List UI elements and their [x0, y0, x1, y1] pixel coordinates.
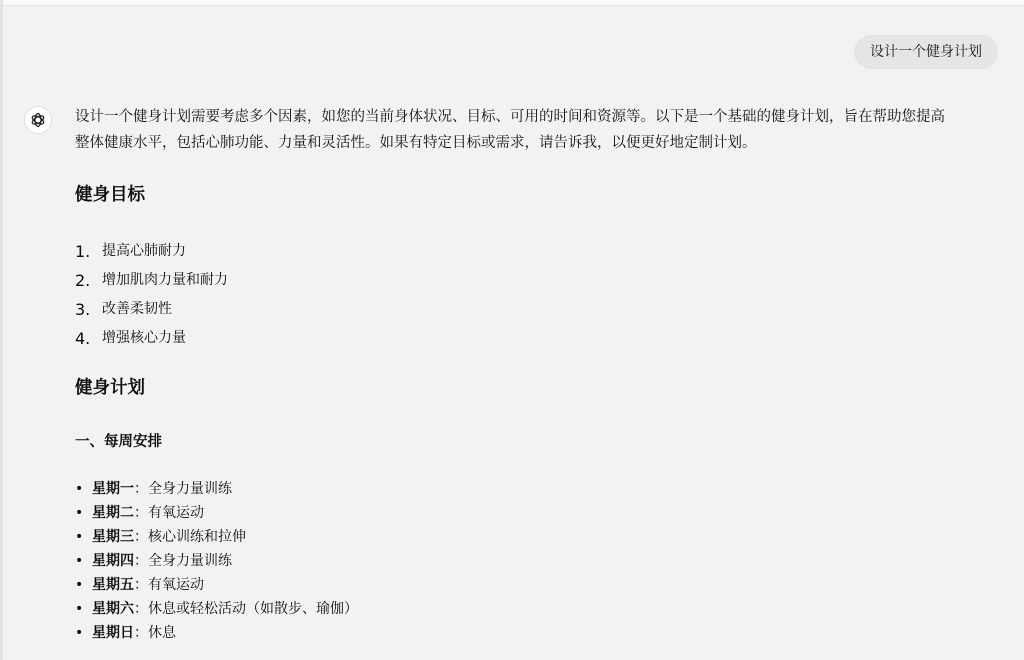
list-item: •星期四：全身力量训练 [75, 549, 358, 573]
activity: 休息 [148, 621, 176, 645]
list-item: •星期日：休息 [75, 621, 358, 645]
assistant-avatar [24, 106, 52, 134]
separator: ： [134, 573, 148, 597]
separator: ： [134, 597, 148, 621]
day-label: 星期二 [92, 501, 134, 525]
activity: 核心训练和拉伸 [148, 525, 246, 549]
window-left-edge [0, 0, 3, 660]
list-item: •星期二：有氧运动 [75, 501, 358, 525]
day-label: 星期三 [92, 525, 134, 549]
bullet: • [75, 549, 92, 573]
separator: ： [134, 621, 148, 645]
item-text: 提高心肺耐力 [102, 237, 186, 266]
bullet: • [75, 597, 92, 621]
goals-list: 1.提高心肺耐力 2.增加肌肉力量和耐力 3.改善柔韧性 4.增强核心力量 [75, 237, 228, 353]
goals-heading: 健身目标 [75, 181, 145, 206]
activity: 全身力量训练 [148, 549, 232, 573]
separator: ： [134, 501, 148, 525]
day-label: 星期一 [92, 477, 134, 501]
bullet: • [75, 501, 92, 525]
day-label: 星期六 [92, 597, 134, 621]
openai-logo-icon [29, 111, 47, 129]
list-item: 4.增强核心力量 [75, 324, 228, 353]
activity: 休息或轻松活动（如散步、瑜伽） [148, 597, 358, 621]
list-item: •星期三：核心训练和拉伸 [75, 525, 358, 549]
item-text: 增加肌肉力量和耐力 [102, 266, 228, 295]
bullet: • [75, 621, 92, 645]
activity: 有氧运动 [148, 501, 204, 525]
list-item: •星期五：有氧运动 [75, 573, 358, 597]
item-number: 4. [75, 324, 102, 353]
weekly-schedule-list: •星期一：全身力量训练 •星期二：有氧运动 •星期三：核心训练和拉伸 •星期四：… [75, 477, 358, 645]
separator: ： [134, 525, 148, 549]
day-label: 星期日 [92, 621, 134, 645]
item-text: 改善柔韧性 [102, 295, 172, 324]
list-item: 1.提高心肺耐力 [75, 237, 228, 266]
activity: 全身力量训练 [148, 477, 232, 501]
list-item: 3.改善柔韧性 [75, 295, 228, 324]
list-item: •星期一：全身力量训练 [75, 477, 358, 501]
plan-heading: 健身计划 [75, 374, 145, 399]
item-number: 1. [75, 237, 102, 266]
window-top-edge [0, 0, 1024, 6]
bullet: • [75, 573, 92, 597]
item-number: 2. [75, 266, 102, 295]
bullet: • [75, 477, 92, 501]
list-item: 2.增加肌肉力量和耐力 [75, 266, 228, 295]
day-label: 星期五 [92, 573, 134, 597]
assistant-message: 设计一个健身计划需要考虑多个因素，如您的当前身体状况、目标、可用的时间和资源等。… [75, 104, 975, 156]
activity: 有氧运动 [148, 573, 204, 597]
item-text: 增强核心力量 [102, 324, 186, 353]
list-item: •星期六：休息或轻松活动（如散步、瑜伽） [75, 597, 358, 621]
weekly-schedule-heading: 一、每周安排 [75, 430, 162, 451]
day-label: 星期四 [92, 549, 134, 573]
separator: ： [134, 477, 148, 501]
separator: ： [134, 549, 148, 573]
item-number: 3. [75, 295, 102, 324]
user-message-bubble: 设计一个健身计划 [854, 35, 998, 69]
intro-paragraph: 设计一个健身计划需要考虑多个因素，如您的当前身体状况、目标、可用的时间和资源等。… [75, 104, 955, 156]
bullet: • [75, 525, 92, 549]
